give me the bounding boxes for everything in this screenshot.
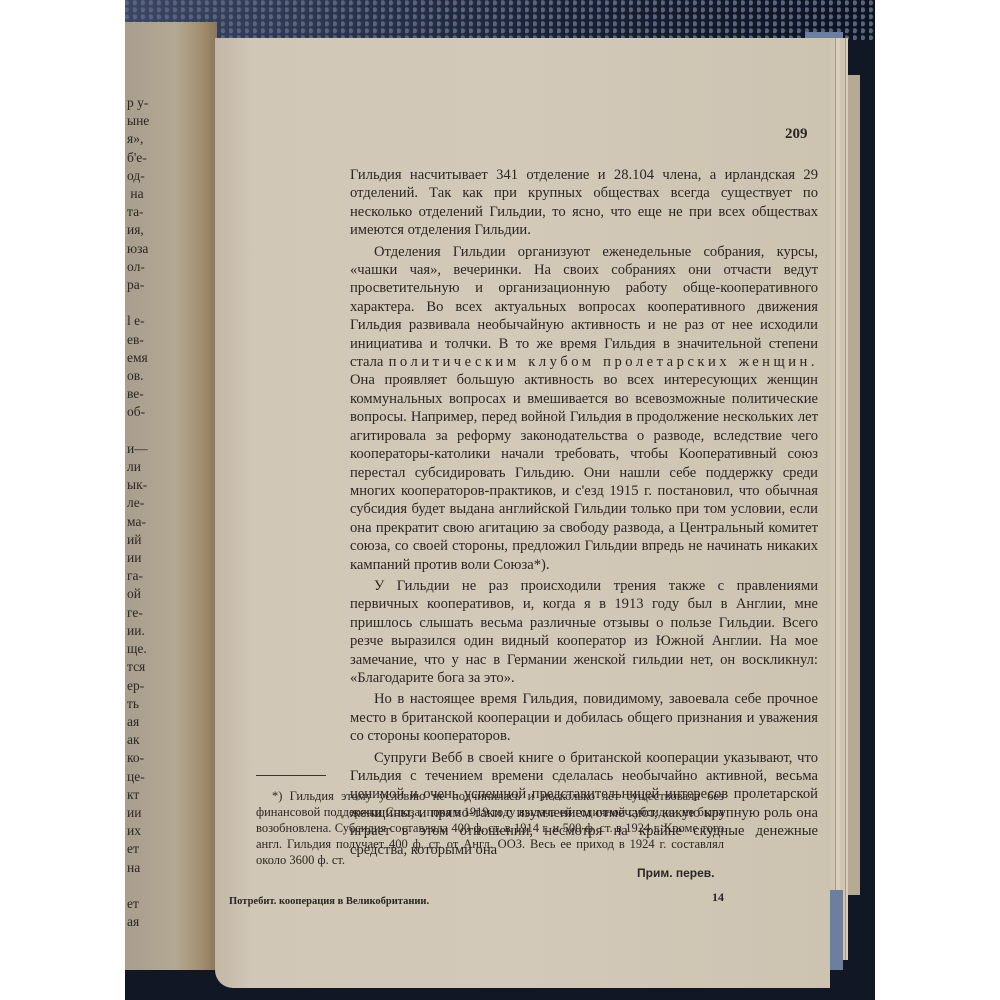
- footnote-signoff: Прим. перев.: [637, 866, 715, 880]
- footnote-text: *) Гильдия этому условию не подчинилась …: [256, 788, 724, 868]
- footnote-separator: [256, 775, 326, 776]
- paragraph: У Гильдии не раз происходили трения такж…: [350, 577, 818, 687]
- paragraph-text: Отделения Гильдии организуют еженедельны…: [350, 244, 818, 370]
- paragraph: Но в настоящее время Гильдия, повидимому…: [350, 690, 818, 745]
- page-number: 209: [785, 126, 808, 143]
- left-page-text-fragments: р у- ыне я», б'е- од- на та- ия, юза ол-…: [127, 94, 167, 931]
- signature-line: Потребит. кооперация в Великобритании.: [229, 896, 429, 907]
- footnote: *) Гильдия этому условию не подчинилась …: [256, 788, 724, 868]
- paragraph: Отделения Гильдии организуют еженедельны…: [350, 243, 818, 574]
- book-cover: [125, 0, 875, 40]
- paragraph: Гильдия насчитывает 341 отделение и 28.1…: [350, 166, 818, 240]
- sheet-number: 14: [712, 890, 724, 905]
- paragraph-text: Она проявляет большую активность во всех…: [350, 372, 818, 572]
- spaced-emphasis: политическим клубом пролетарских женщин.: [389, 354, 818, 370]
- body-text: Гильдия насчитывает 341 отделение и 28.1…: [350, 166, 818, 859]
- left-page: р у- ыне я», б'е- од- на та- ия, юза ол-…: [125, 22, 217, 970]
